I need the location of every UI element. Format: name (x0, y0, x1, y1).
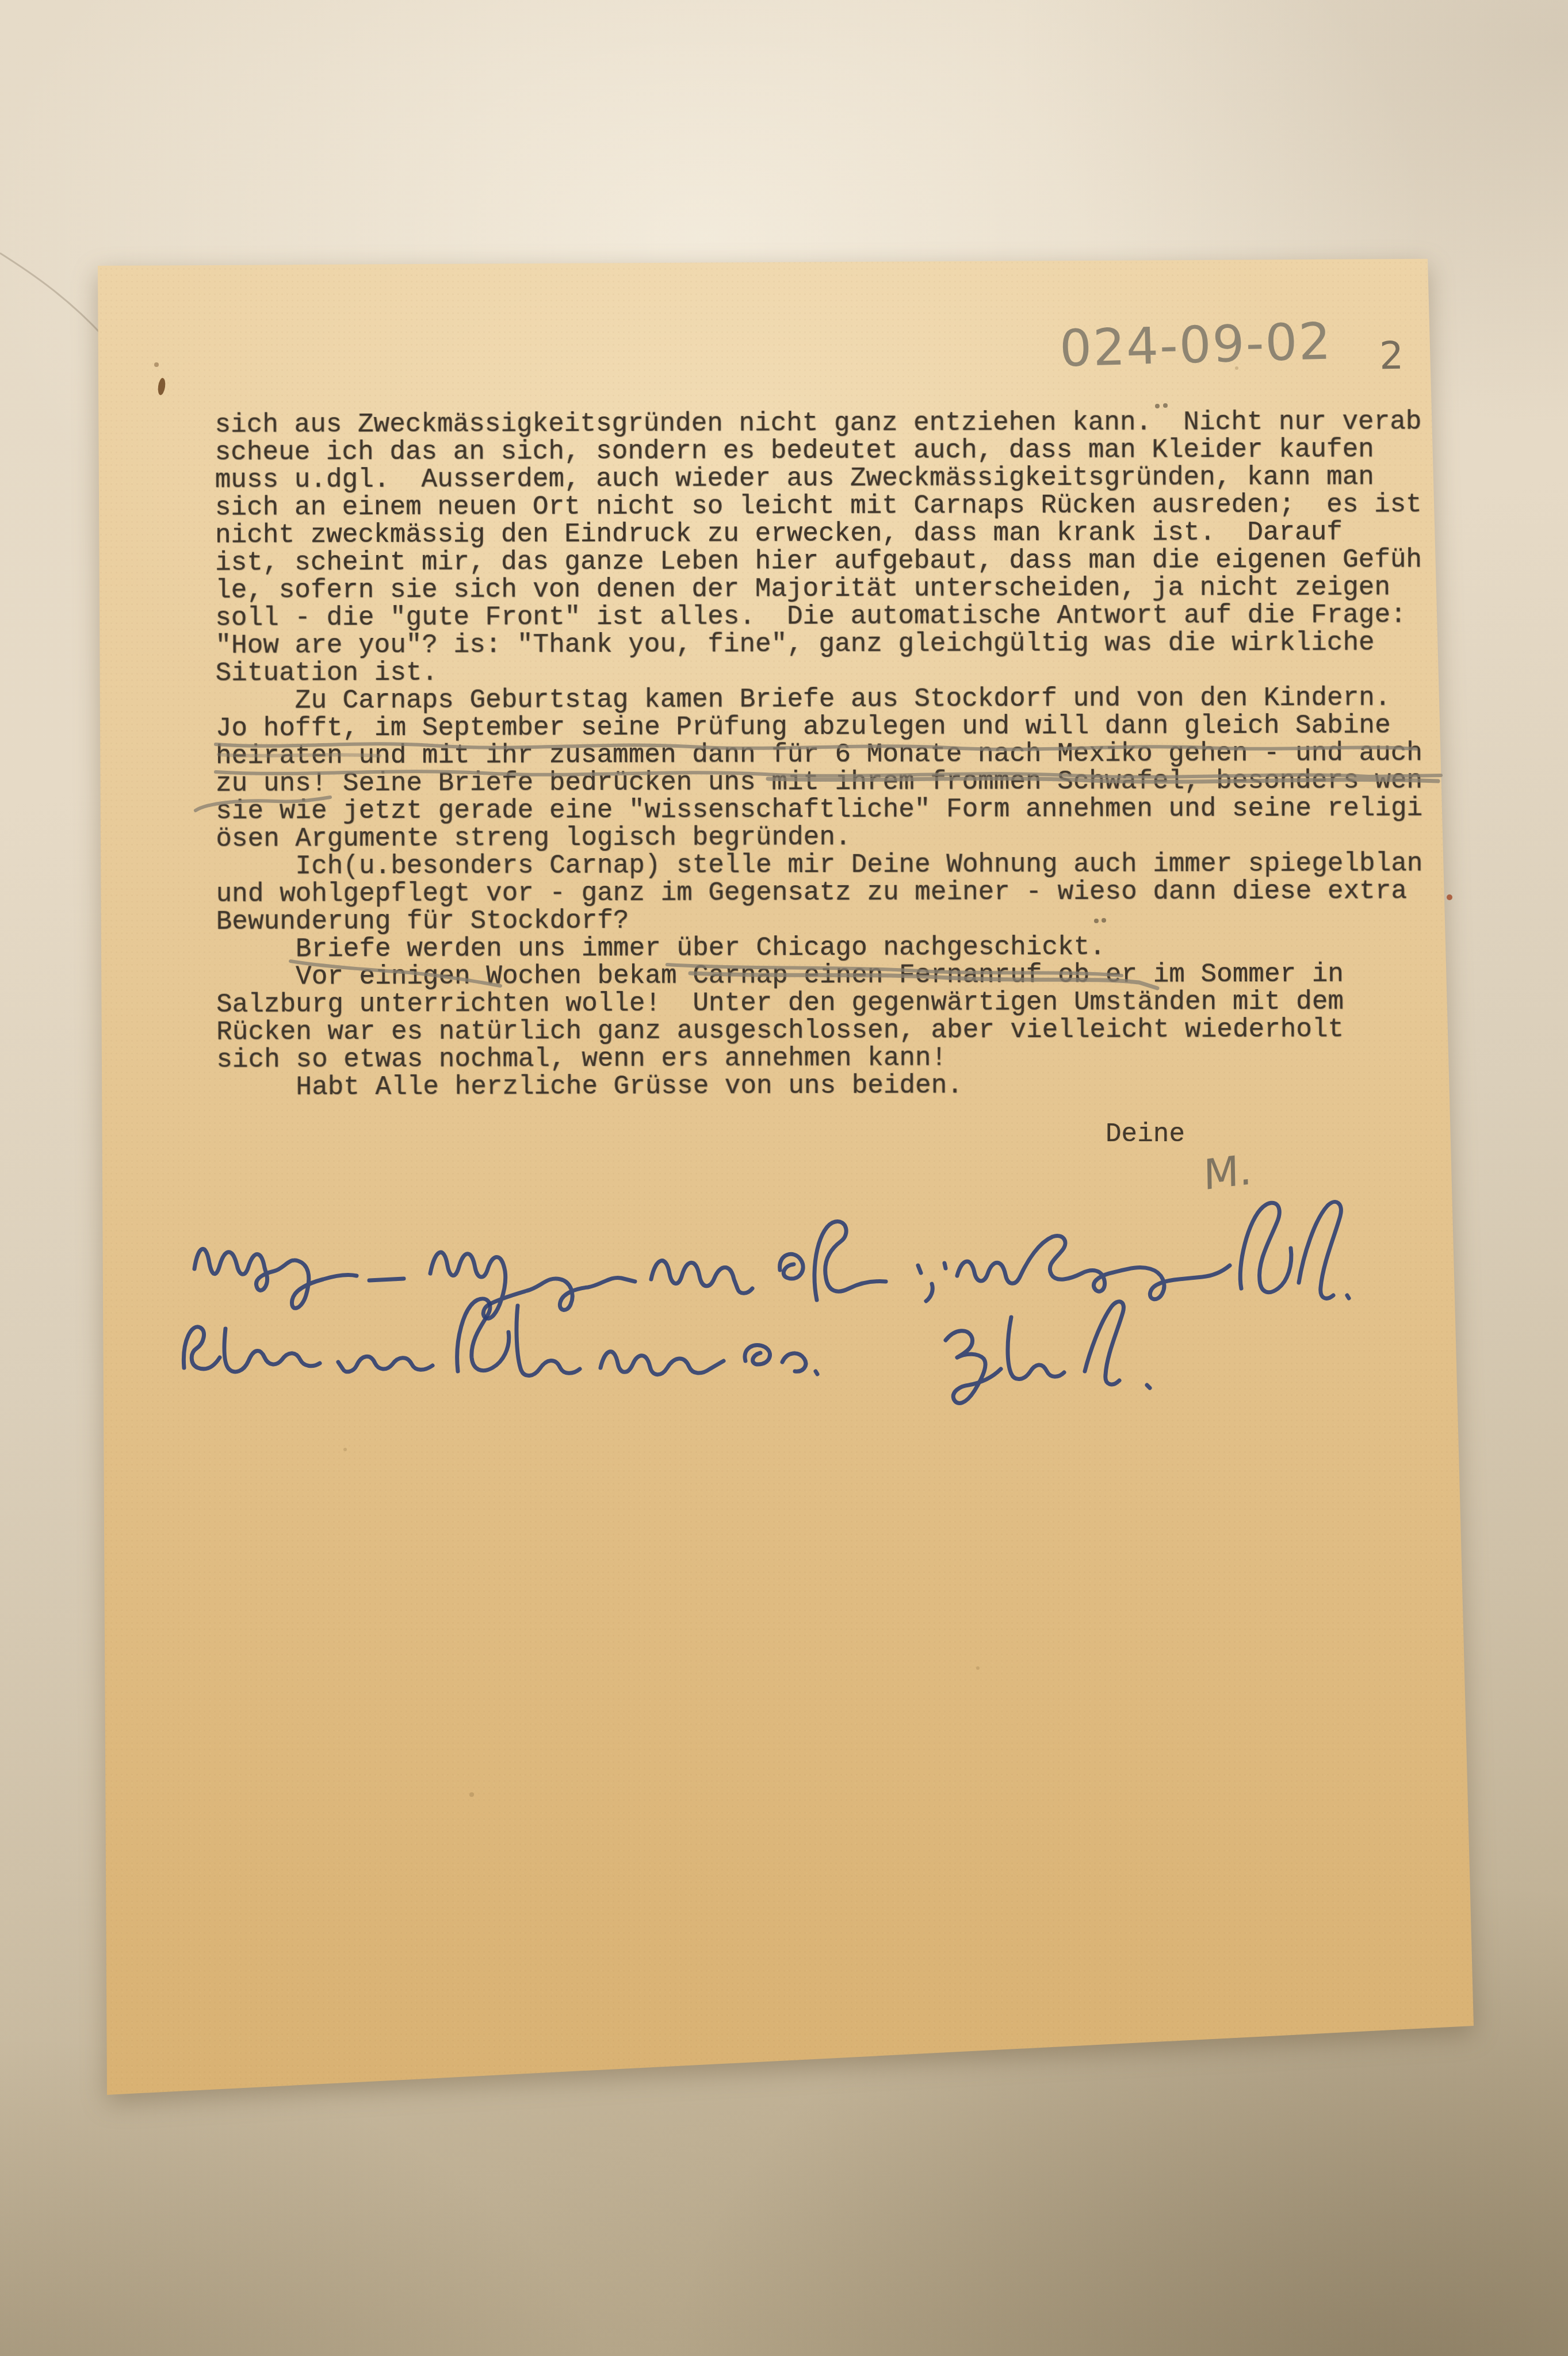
typed-closing: Deine (1106, 1120, 1185, 1148)
paper-shadow (0, 0, 1568, 2356)
photo-scene: 024-09-02 2 sich aus Zweckmässigkeitsgrü… (0, 0, 1568, 2356)
pencil-monogram: M. (1203, 1149, 1253, 1196)
typed-letter-text: sich aus Zweckmässigkeitsgründen nicht g… (215, 408, 1423, 1101)
letter-paper (0, 0, 1568, 2356)
page-number-pencil: 2 (1379, 337, 1403, 376)
archival-id-pencil: 024-09-02 (1059, 316, 1333, 374)
